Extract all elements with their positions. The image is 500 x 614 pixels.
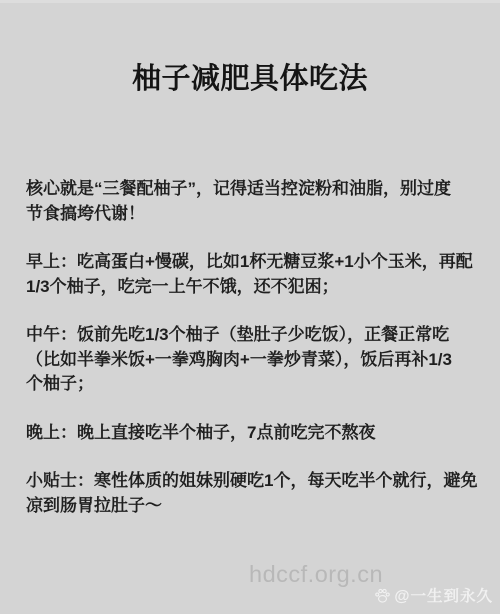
site-watermark: hdccf.org.cn <box>249 561 383 588</box>
paw-icon <box>374 587 391 604</box>
paragraph-core-principle: 核心就是“三餐配柚子”，记得适当控淀粉和油脂，别过度 节食搞垮代谢！ <box>26 177 484 226</box>
author-watermark: @一生到永久 <box>374 584 493 606</box>
text-card: 柚子减肥具体吃法 核心就是“三餐配柚子”，记得适当控淀粉和油脂，别过度 节食搞垮… <box>0 0 500 614</box>
paragraph-noon: 中午：饭前先吃1/3个柚子（垫肚子少吃饭），正餐正常吃 （比如半拳米饭+一拳鸡胸… <box>26 323 484 397</box>
paragraph-tips: 小贴士：寒性体质的姐妹别硬吃1个，每天吃半个就行，避免 凉到肠胃拉肚子～ <box>26 469 484 518</box>
top-edge-highlight <box>0 0 500 3</box>
paragraph-morning: 早上：吃高蛋白+慢碳，比如1杯无糖豆浆+1小个玉米，再配 1/3个柚子，吃完一上… <box>26 250 484 299</box>
paragraph-evening: 晚上：晚上直接吃半个柚子，7点前吃完不熬夜 <box>26 421 484 446</box>
body-text: 核心就是“三餐配柚子”，记得适当控淀粉和油脂，别过度 节食搞垮代谢！ 早上：吃高… <box>26 177 484 542</box>
page-title: 柚子减肥具体吃法 <box>0 60 500 98</box>
author-watermark-label: @一生到永久 <box>394 584 493 606</box>
